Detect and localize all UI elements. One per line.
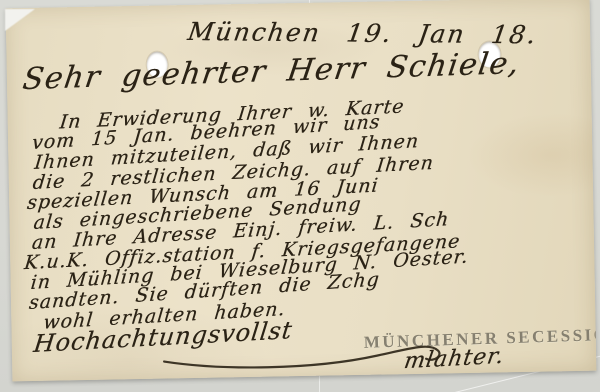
signature: mlahter. — [402, 344, 506, 375]
scanned-postcard-photo: München 19. Jan 18. Sehr geehrter Herr S… — [0, 0, 600, 392]
backdrop-seam-bottom — [319, 376, 320, 392]
postcard: München 19. Jan 18. Sehr geehrter Herr S… — [6, 0, 597, 381]
salutation: Sehr geehrter Herr Schiele, — [20, 46, 522, 97]
folded-corner-flap — [5, 9, 35, 31]
dateline: München 19. Jan 18. — [186, 17, 540, 49]
